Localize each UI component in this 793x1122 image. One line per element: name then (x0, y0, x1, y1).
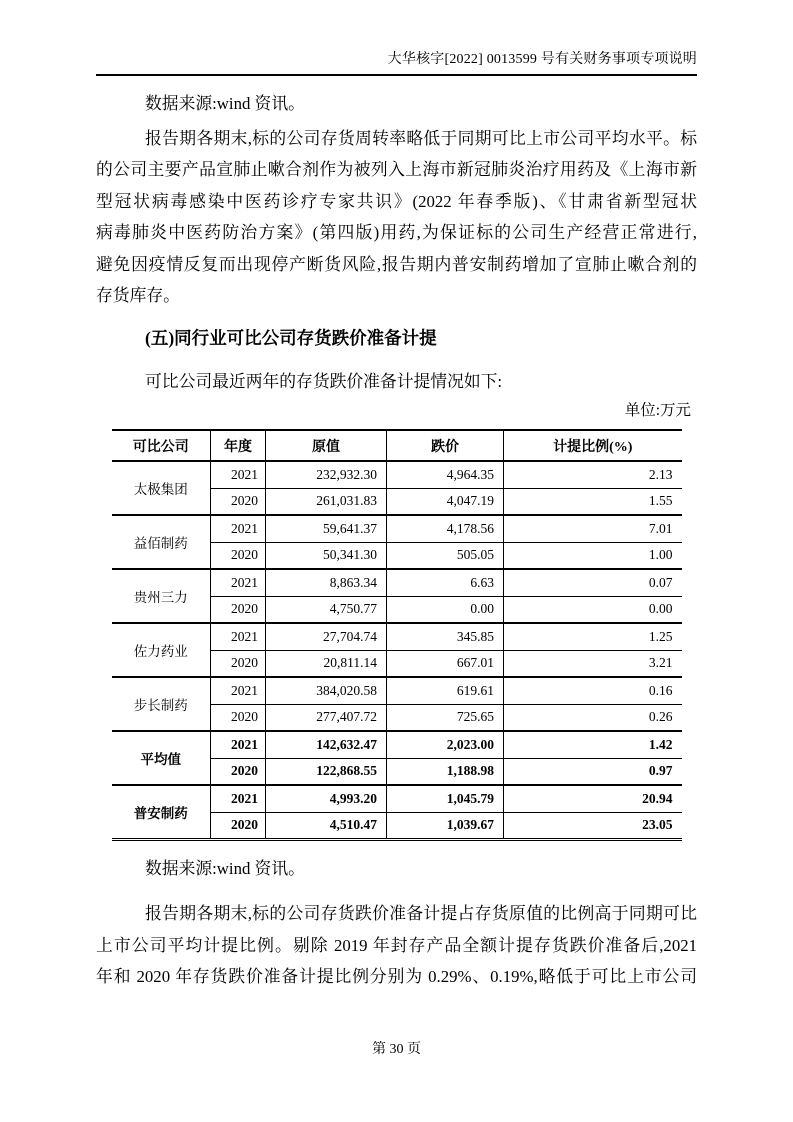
provision-ratio-cell: 1.25 (504, 623, 682, 650)
original-value-cell: 20,811.14 (266, 650, 387, 677)
year-cell: 2020 (211, 542, 266, 569)
provision-ratio-cell: 0.00 (504, 596, 682, 623)
table-header-row: 可比公司 年度 原值 跌价 计提比例(%) (112, 430, 682, 461)
original-value-cell: 4,750.77 (266, 596, 387, 623)
intro-line: 可比公司最近两年的存货跌价准备计提情况如下: (96, 366, 697, 398)
decline-value-cell: 667.01 (387, 650, 504, 677)
decline-value-cell: 4,964.35 (387, 461, 504, 488)
decline-value-cell: 1,039.67 (387, 812, 504, 839)
provision-ratio-cell: 0.16 (504, 677, 682, 704)
company-name-cell: 普安制药 (112, 785, 211, 839)
table-row: 平均值2021142,632.472,023.001.42 (112, 731, 682, 758)
provision-ratio-cell: 0.26 (504, 704, 682, 731)
decline-value-cell: 4,178.56 (387, 515, 504, 542)
original-value-cell: 142,632.47 (266, 731, 387, 758)
original-value-cell: 4,510.47 (266, 812, 387, 839)
year-cell: 2021 (211, 623, 266, 650)
provision-ratio-cell: 1.55 (504, 488, 682, 515)
company-name-cell: 太极集团 (112, 461, 211, 515)
column-header-decline: 跌价 (387, 430, 504, 461)
original-value-cell: 232,932.30 (266, 461, 387, 488)
table-row: 佐力药业202127,704.74345.851.25 (112, 623, 682, 650)
company-name-cell: 平均值 (112, 731, 211, 785)
year-cell: 2020 (211, 758, 266, 785)
text-line: 型冠状病毒感染中医药诊疗专家共识》(2022 年春季版)、《甘肃省新型冠状 (96, 186, 697, 218)
provision-ratio-cell: 2.13 (504, 461, 682, 488)
column-header-original-value: 原值 (266, 430, 387, 461)
text-line: 病毒肺炎中医药防治方案》(第四版)用药,为保证标的公司生产经营正常进行, (96, 217, 697, 249)
year-cell: 2020 (211, 704, 266, 731)
provision-ratio-cell: 0.97 (504, 758, 682, 785)
provision-ratio-cell: 20.94 (504, 785, 682, 812)
decline-value-cell: 619.61 (387, 677, 504, 704)
decline-value-cell: 1,045.79 (387, 785, 504, 812)
original-value-cell: 59,641.37 (266, 515, 387, 542)
year-cell: 2020 (211, 650, 266, 677)
comparable-companies-table: 可比公司 年度 原值 跌价 计提比例(%) 太极集团2021232,932.30… (112, 429, 682, 841)
provision-ratio-cell: 3.21 (504, 650, 682, 677)
year-cell: 2020 (211, 812, 266, 839)
original-value-cell: 122,868.55 (266, 758, 387, 785)
decline-value-cell: 345.85 (387, 623, 504, 650)
decline-value-cell: 725.65 (387, 704, 504, 731)
company-name-cell: 步长制药 (112, 677, 211, 731)
document-header: 大华核字[2022] 0013599 号有关财务事项专项说明 (96, 0, 697, 76)
company-name-cell: 益佰制药 (112, 515, 211, 569)
table-row: 普安制药20214,993.201,045.7920.94 (112, 785, 682, 812)
table-row: 贵州三力20218,863.346.630.07 (112, 569, 682, 596)
provision-ratio-cell: 1.00 (504, 542, 682, 569)
column-header-provision-ratio: 计提比例(%) (504, 430, 682, 461)
text-line: 年和 2020 年存货跌价准备计提比例分别为 0.29%、0.19%,略低于可比… (96, 961, 697, 993)
provision-ratio-cell: 0.07 (504, 569, 682, 596)
decline-value-cell: 4,047.19 (387, 488, 504, 515)
original-value-cell: 261,031.83 (266, 488, 387, 515)
text-line: 报告期各期末,标的公司存货跌价准备计提占存货原值的比例高于同期可比 (96, 898, 697, 930)
paragraph-provision-ratio: 报告期各期末,标的公司存货跌价准备计提占存货原值的比例高于同期可比上市公司平均计… (96, 898, 697, 993)
original-value-cell: 277,407.72 (266, 704, 387, 731)
year-cell: 2020 (211, 488, 266, 515)
text-line: 的公司主要产品宣肺止嗽合剂作为被列入上海市新冠肺炎治疗用药及《上海市新 (96, 154, 697, 186)
decline-value-cell: 6.63 (387, 569, 504, 596)
year-cell: 2021 (211, 569, 266, 596)
column-header-year: 年度 (211, 430, 266, 461)
decline-value-cell: 2,023.00 (387, 731, 504, 758)
column-header-company: 可比公司 (112, 430, 211, 461)
original-value-cell: 27,704.74 (266, 623, 387, 650)
original-value-cell: 384,020.58 (266, 677, 387, 704)
company-name-cell: 佐力药业 (112, 623, 211, 677)
year-cell: 2021 (211, 785, 266, 812)
header-reference: 大华核字[2022] 0013599 号有关财务事项专项说明 (96, 50, 697, 69)
table-row: 太极集团2021232,932.304,964.352.13 (112, 461, 682, 488)
table-row: 步长制药2021384,020.58619.610.16 (112, 677, 682, 704)
decline-value-cell: 0.00 (387, 596, 504, 623)
company-name-cell: 贵州三力 (112, 569, 211, 623)
provision-ratio-cell: 23.05 (504, 812, 682, 839)
document-page: 大华核字[2022] 0013599 号有关财务事项专项说明 数据来源:wind… (0, 0, 793, 1122)
year-cell: 2021 (211, 515, 266, 542)
paragraph-inventory-turnover: 报告期各期末,标的公司存货周转率略低于同期可比上市公司平均水平。标的公司主要产品… (96, 123, 697, 312)
original-value-cell: 8,863.34 (266, 569, 387, 596)
provision-ratio-cell: 1.42 (504, 731, 682, 758)
year-cell: 2020 (211, 596, 266, 623)
header-divider (96, 74, 697, 76)
table-row: 益佰制药202159,641.374,178.567.01 (112, 515, 682, 542)
decline-value-cell: 505.05 (387, 542, 504, 569)
original-value-cell: 4,993.20 (266, 785, 387, 812)
provision-ratio-cell: 7.01 (504, 515, 682, 542)
text-line: 避免因疫情反复而出现停产断货风险,报告期内普安制药增加了宣肺止嗽合剂的 (96, 249, 697, 281)
year-cell: 2021 (211, 461, 266, 488)
year-cell: 2021 (211, 677, 266, 704)
section-heading: (五)同行业可比公司存货跌价准备计提 (96, 320, 697, 356)
original-value-cell: 50,341.30 (266, 542, 387, 569)
text-line: 上市公司平均计提比例。剔除 2019 年封存产品全额计提存货跌价准备后,2021 (96, 930, 697, 962)
text-line: 存货库存。 (96, 280, 697, 312)
decline-value-cell: 1,188.98 (387, 758, 504, 785)
unit-label: 单位:万元 (96, 401, 697, 421)
text-line: 报告期各期末,标的公司存货周转率略低于同期可比上市公司平均水平。标 (96, 123, 697, 155)
page-number: 第 30 页 (0, 1038, 793, 1058)
year-cell: 2021 (211, 731, 266, 758)
source-note-top: 数据来源:wind 资讯。 (96, 88, 697, 120)
source-note-bottom: 数据来源:wind 资讯。 (96, 853, 697, 885)
